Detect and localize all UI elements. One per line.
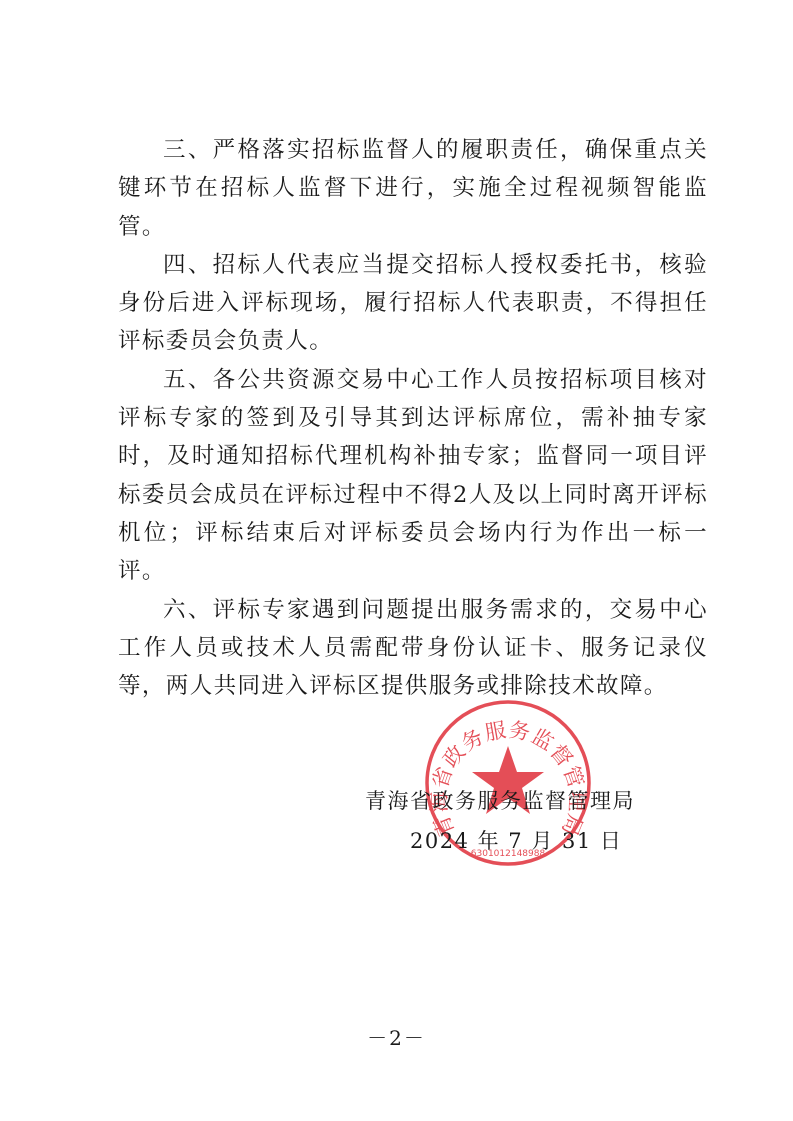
paragraph-6: 六、评标专家遇到问题提出服务需求的，交易中心工作人员或技术人员需配带身份认证卡、…	[118, 591, 708, 706]
page-number: －2－	[0, 1022, 793, 1051]
document-page: 三、严格落实招标监督人的履职责任，确保重点关键环节在招标人监督下进行，实施全过程…	[0, 0, 793, 1121]
issuing-organization: 青海省政务服务监督管理局	[365, 785, 635, 815]
paragraph-5: 五、各公共资源交易中心工作人员按招标项目核对评标专家的签到及引导其到达评标席位，…	[118, 361, 708, 591]
issue-date: 2024 年 7 月 31 日	[410, 825, 622, 855]
paragraph-4: 四、招标人代表应当提交招标人授权委托书，核验身份后进入评标现场，履行招标人代表职…	[118, 246, 708, 361]
paragraph-3: 三、严格落实招标监督人的履职责任，确保重点关键环节在招标人监督下进行，实施全过程…	[118, 131, 708, 246]
document-body: 三、严格落实招标监督人的履职责任，确保重点关键环节在招标人监督下进行，实施全过程…	[118, 131, 708, 705]
